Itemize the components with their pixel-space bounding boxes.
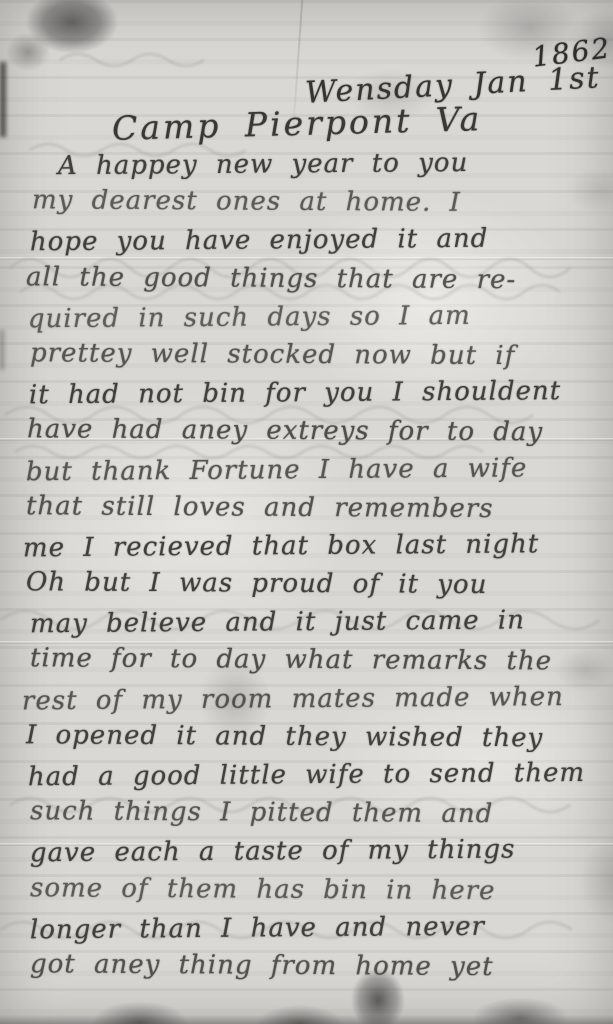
letter-line: prettey well stocked now but if [30,338,613,380]
letter-line: rest of my room mates made when [22,681,613,724]
letter-line: hope you have enjoyed it and [30,223,613,266]
letter-line: had a good little wife to send them [28,758,613,801]
letter-line: got aney thing from home yet [30,949,613,991]
letter-line: me I recieved that box last night [23,529,613,572]
letter-line: that still loves and remembers [26,491,613,533]
letter-line: gave each a taste of my things [30,834,613,877]
letter-line: longer than I have and never [30,910,613,953]
letter-line: some of them has bin in here [30,873,613,915]
letter-line: such things I pitted them and [30,796,613,838]
letter-line: my dearest ones at home. I [32,185,613,227]
letter-body: A happey new year to you my dearest ones… [26,149,613,989]
letter-line: A happey new year to you [58,147,613,190]
letter-line: time for to day what remarks the [30,644,613,686]
letter-line: may believe and it just came in [30,605,613,648]
letter-line: Oh but I was proud of it you [26,567,613,609]
letter-line: quired in such days so I am [28,299,613,342]
letter-line: but thank Fortune I have a wife [26,452,613,495]
letter-line: I opened it and they wished they [26,720,613,762]
scanned-letter-page: 1862 Wensday Jan 1st Camp Pierpont Va A … [0,0,613,1024]
letter-line: all the good things that are re- [26,262,613,304]
letter-line: it had not bin for you I shouldent [29,376,613,419]
letter-line: have had aney extreys for to day [27,415,613,457]
